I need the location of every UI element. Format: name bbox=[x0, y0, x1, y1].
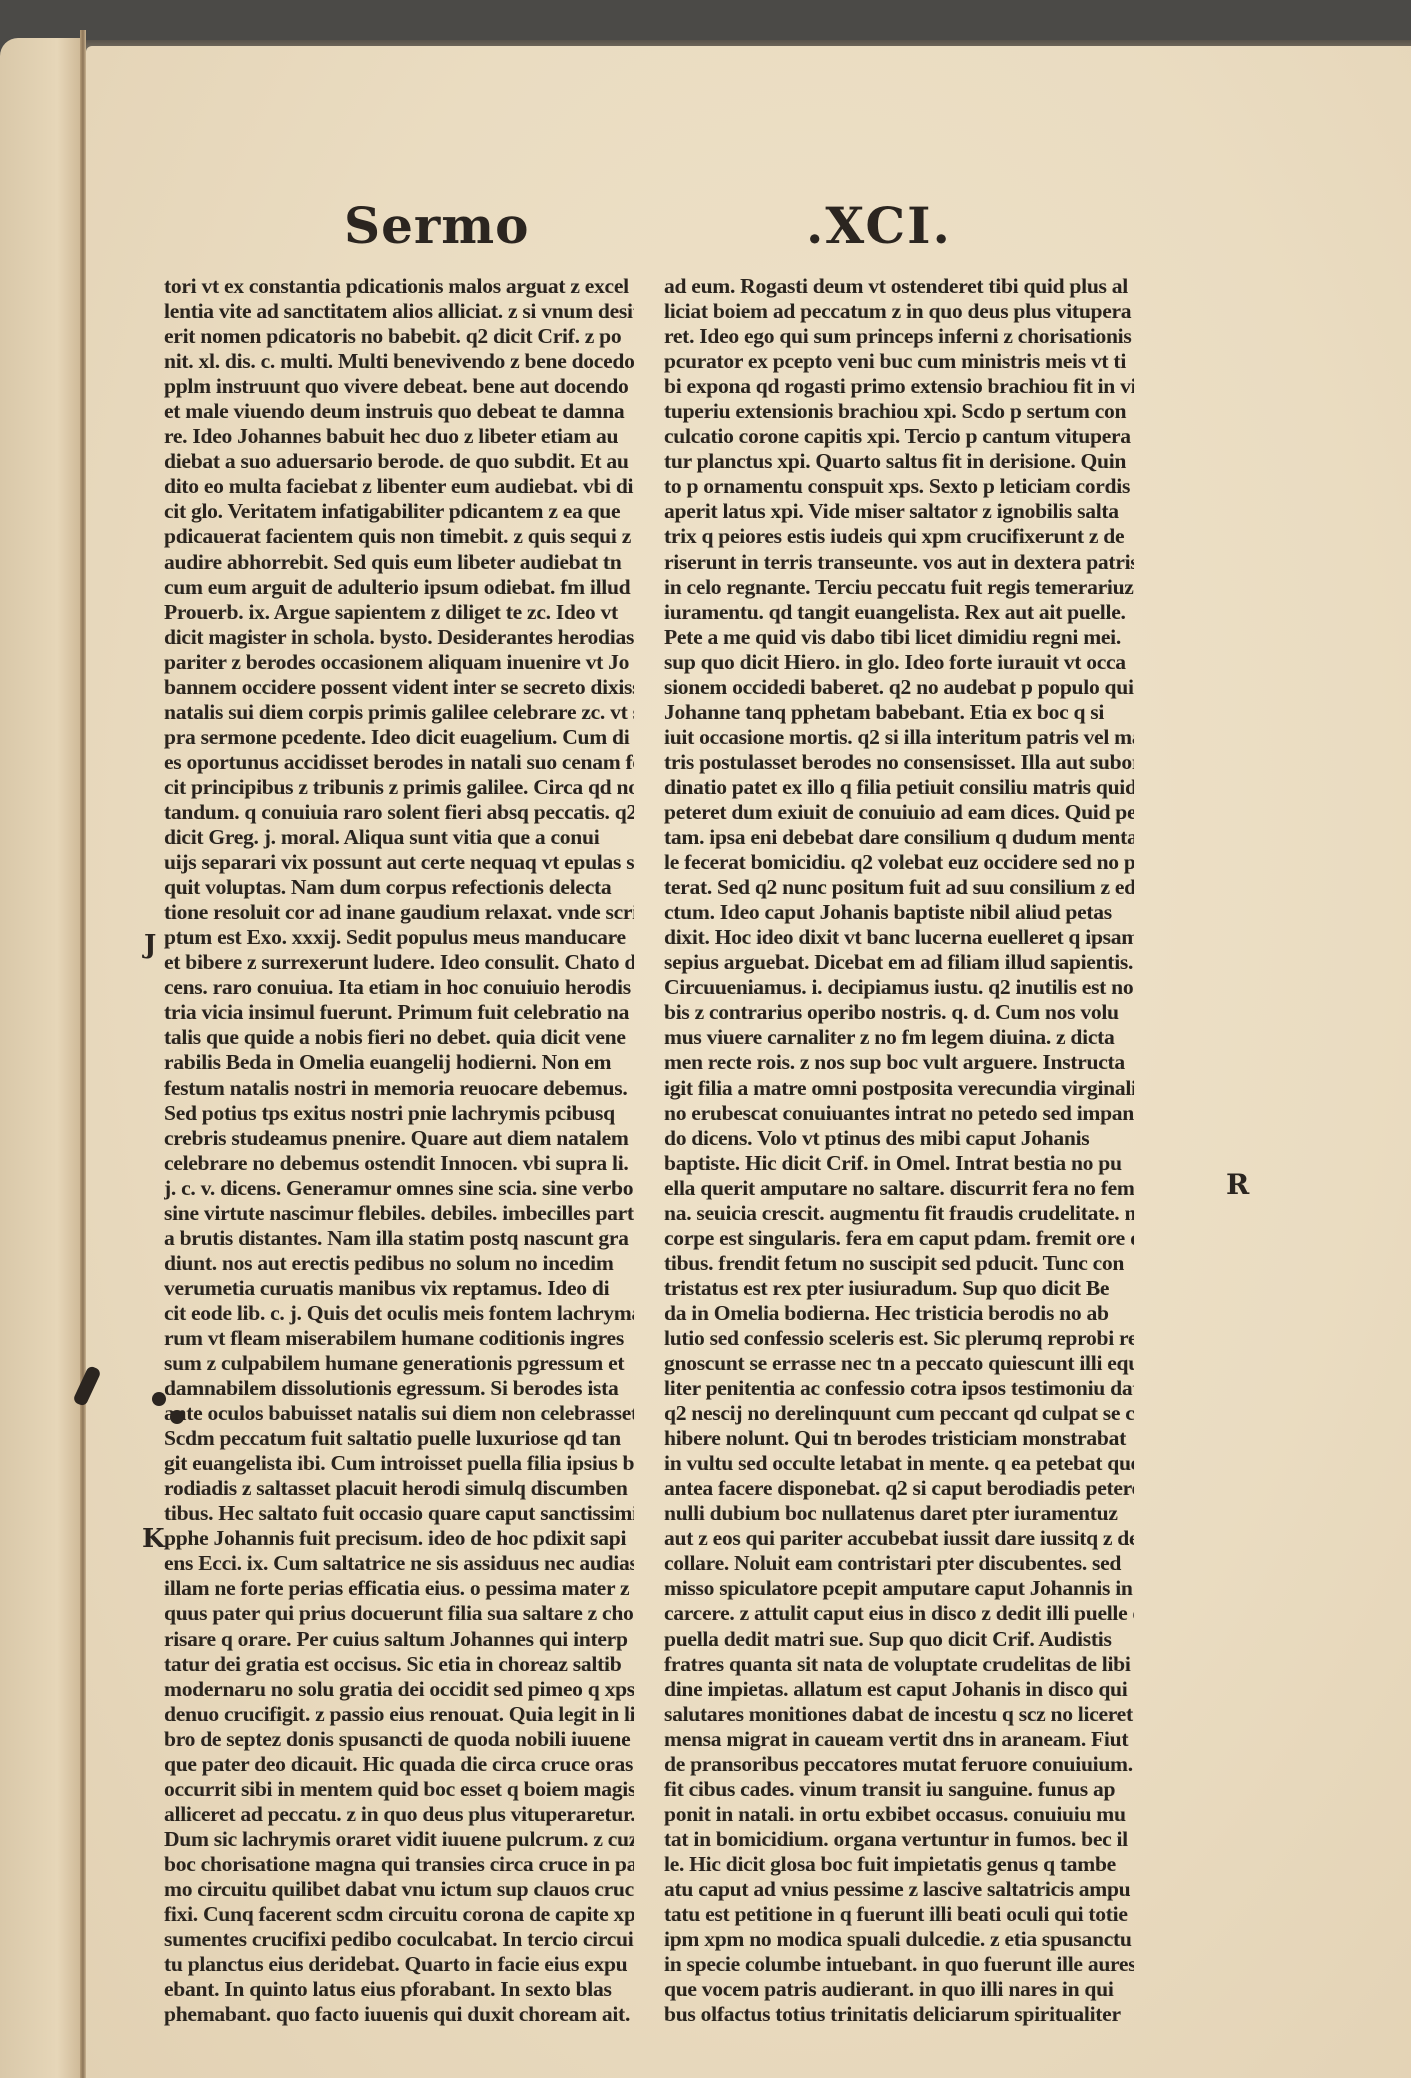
text-line: liciat boiem ad peccatum z in quo deus p… bbox=[664, 299, 1134, 324]
text-line: pphe Johannis fuit precisum. ideo de hoc… bbox=[164, 1526, 634, 1551]
text-line: erit nomen pdicatoris no babebit. q2 dic… bbox=[164, 324, 634, 349]
text-line: ad eum. Rogasti deum vt ostenderet tibi … bbox=[664, 274, 1134, 299]
text-line: terat. Sed q2 nunc positum fuit ad suu c… bbox=[664, 875, 1134, 900]
text-line: dixit. Hoc ideo dixit vt banc lucerna eu… bbox=[664, 925, 1134, 950]
text-line: bi expona qd rogasti primo extensio brac… bbox=[664, 374, 1134, 399]
book-page: Sermo .XCI. tori vt ex constantia pdicat… bbox=[86, 46, 1411, 2078]
text-line: Dum sic lachrymis oraret vidit iuuene pu… bbox=[164, 1827, 634, 1852]
text-line: ens Ecci. ix. Cum saltatrice ne sis assi… bbox=[164, 1551, 634, 1576]
text-line: ebant. In quinto latus eius pforabant. I… bbox=[164, 1977, 634, 2002]
text-line: le. Hic dicit glosa boc fuit impietatis … bbox=[664, 1852, 1134, 1877]
text-line: tam. ipsa eni debebat dare consilium q d… bbox=[664, 825, 1134, 850]
ink-dot bbox=[152, 1392, 166, 1406]
text-line: da in Omelia bodierna. Hec tristicia ber… bbox=[664, 1301, 1134, 1326]
text-line: re. Ideo Johannes babuit hec duo z libet… bbox=[164, 424, 634, 449]
text-line: fratres quanta sit nata de voluptate cru… bbox=[664, 1652, 1134, 1677]
text-line: carcere. z attulit caput eius in disco z… bbox=[664, 1601, 1134, 1626]
text-line: bannem occidere possent vident inter se … bbox=[164, 675, 634, 700]
text-line: tria vicia insimul fuerunt. Primum fuit … bbox=[164, 1000, 634, 1025]
text-line: tori vt ex constantia pdicationis malos … bbox=[164, 274, 634, 299]
text-line: cit glo. Veritatem infatigabiliter pdica… bbox=[164, 499, 634, 524]
text-line: pra sermone pcedente. Ideo dicit euageli… bbox=[164, 725, 634, 750]
margin-letter-r: R bbox=[1226, 1168, 1249, 1201]
text-line: occurrit sibi in mentem quid boc esset q… bbox=[164, 1777, 634, 1802]
folio-number: .XCI. bbox=[806, 196, 952, 255]
text-line: cens. raro conuiua. Ita etiam in hoc con… bbox=[164, 975, 634, 1000]
text-line: iuramentu. qd tangit euangelista. Rex au… bbox=[664, 600, 1134, 625]
text-line: cum eum arguit de adulterio ipsum odieba… bbox=[164, 575, 634, 600]
running-header: Sermo .XCI. bbox=[86, 196, 1411, 266]
text-line: in vultu sed occulte letabat in mente. q… bbox=[664, 1451, 1134, 1476]
text-line: tur planctus xpi. Quarto saltus fit in d… bbox=[664, 449, 1134, 474]
text-line: j. c. v. dicens. Generamur omnes sine sc… bbox=[164, 1176, 634, 1201]
text-line: antea facere disponebat. q2 si caput ber… bbox=[664, 1476, 1134, 1501]
text-line: na. seuicia crescit. augmentu fit fraudi… bbox=[664, 1201, 1134, 1226]
header-title: Sermo bbox=[344, 196, 530, 255]
text-line: celebrare no debemus ostendit Innocen. v… bbox=[164, 1151, 634, 1176]
text-line: ipm xpm no modica spuali dulcedie. z eti… bbox=[664, 1927, 1134, 1952]
text-line: q2 nescij no derelinquunt cum peccant qd… bbox=[664, 1401, 1134, 1426]
text-line: puella dedit matri sue. Sup quo dicit Cr… bbox=[664, 1627, 1134, 1652]
text-line: do dicens. Volo vt ptinus des mibi caput… bbox=[664, 1126, 1134, 1151]
text-line: lutio sed confessio sceleris est. Sic pl… bbox=[664, 1326, 1134, 1351]
text-line: pplm instruunt quo vivere debeat. bene a… bbox=[164, 374, 634, 399]
text-line: rabilis Beda in Omelia euangelij hodiern… bbox=[164, 1050, 634, 1075]
text-line: rum vt fleam miserabilem humane codition… bbox=[164, 1326, 634, 1351]
text-line: Circuueniamus. i. decipiamus iustu. q2 i… bbox=[664, 975, 1134, 1000]
text-line: talis que quide a nobis fieri no debet. … bbox=[164, 1025, 634, 1050]
text-line: denuo crucifigit. z passio eius renouat.… bbox=[164, 1702, 634, 1727]
text-line: risare q orare. Per cuius saltum Johanne… bbox=[164, 1627, 634, 1652]
text-line: damnabilem dissolutionis egressum. Si be… bbox=[164, 1376, 634, 1401]
text-line: men recte rois. z nos sup boc vult argue… bbox=[664, 1050, 1134, 1075]
text-line: Pete a me quid vis dabo tibi licet dimid… bbox=[664, 625, 1134, 650]
text-line: phemabant. quo facto iuuenis qui duxit c… bbox=[164, 2002, 634, 2027]
text-line: ptum est Exo. xxxij. Sedit populus meus … bbox=[164, 925, 634, 950]
text-line: verumetia curuatis manibus vix reptamus.… bbox=[164, 1276, 634, 1301]
text-line: in celo regnante. Terciu peccatu fuit re… bbox=[664, 575, 1134, 600]
text-line: dicit magister in schola. bysto. Desider… bbox=[164, 625, 634, 650]
text-line: baptiste. Hic dicit Crif. in Omel. Intra… bbox=[664, 1151, 1134, 1176]
text-line: boc chorisatione magna qui transies circ… bbox=[164, 1852, 634, 1877]
text-line: Scdm peccatum fuit saltatio puelle luxur… bbox=[164, 1426, 634, 1451]
text-line: tuperiu extensionis brachiou xpi. Scdo p… bbox=[664, 399, 1134, 424]
text-line: ella querit amputare no saltare. discurr… bbox=[664, 1176, 1134, 1201]
text-line: mensa migrat in caueam vertit dns in ara… bbox=[664, 1727, 1134, 1752]
text-line: diunt. nos aut erectis pedibus no solum … bbox=[164, 1251, 634, 1276]
text-line: atu caput ad vnius pessime z lascive sal… bbox=[664, 1877, 1134, 1902]
text-line: Sed potius tps exitus nostri pnie lachry… bbox=[164, 1101, 634, 1126]
margin-letter-j: J bbox=[144, 930, 156, 960]
text-line: tibus. Hec saltato fuit occasio quare ca… bbox=[164, 1501, 634, 1526]
text-line: corpe est singularis. fera em caput pdam… bbox=[664, 1226, 1134, 1251]
text-line: in specie columbe intuebant. in quo fuer… bbox=[664, 1952, 1134, 1977]
text-line: rodiadis z saltasset placuit herodi simu… bbox=[164, 1476, 634, 1501]
text-line: que vocem patris audierant. in quo illi … bbox=[664, 1977, 1134, 2002]
text-line: tris postulasset berodes no consensisset… bbox=[664, 750, 1134, 775]
text-line: Johanne tanq pphetam babebant. Etia ex b… bbox=[664, 700, 1134, 725]
text-line: ante oculos babuisset natalis sui diem n… bbox=[164, 1401, 634, 1426]
text-line: sine virtute nascimur flebiles. debiles.… bbox=[164, 1201, 634, 1226]
text-line: ret. Ideo ego qui sum princeps inferni z… bbox=[664, 324, 1134, 349]
text-line: to p ornamentu conspuit xps. Sexto p let… bbox=[664, 474, 1134, 499]
text-line: pdicauerat facientem quis non timebit. z… bbox=[164, 524, 634, 549]
text-line: natalis sui diem corpis primis galilee c… bbox=[164, 700, 634, 725]
ink-dot bbox=[170, 1410, 184, 1424]
text-line: culcatio corone capitis xpi. Tercio p ca… bbox=[664, 424, 1134, 449]
text-line: nit. xl. dis. c. multi. Multi benevivend… bbox=[164, 349, 634, 374]
text-line: diebat a suo aduersario berode. de quo s… bbox=[164, 449, 634, 474]
text-line: crebris studeamus pnenire. Quare aut die… bbox=[164, 1126, 634, 1151]
text-line: lentia vite ad sanctitatem alios allicia… bbox=[164, 299, 634, 324]
text-line: salutares monitiones dabat de incestu q … bbox=[664, 1702, 1134, 1727]
text-line: quus pater qui prius docuerunt filia sua… bbox=[164, 1601, 634, 1626]
text-line: de pransoribus peccatores mutat feruore … bbox=[664, 1752, 1134, 1777]
text-line: no erubescat conuiuantes intrat no peted… bbox=[664, 1101, 1134, 1126]
text-line: bus olfactus totius trinitatis deliciaru… bbox=[664, 2002, 1134, 2027]
text-line: trix q peiores estis iudeis qui xpm cruc… bbox=[664, 524, 1134, 549]
text-line: misso spiculatore pcepit amputare caput … bbox=[664, 1576, 1134, 1601]
text-line: hibere nolunt. Qui tn berodes tristiciam… bbox=[664, 1426, 1134, 1451]
text-line: nulli dubium boc nullatenus daret pter i… bbox=[664, 1501, 1134, 1526]
text-line: sup quo dicit Hiero. in glo. Ideo forte … bbox=[664, 650, 1134, 675]
text-line: festum natalis nostri in memoria reuocar… bbox=[164, 1076, 634, 1101]
text-line: collare. Noluit eam contristari pter dis… bbox=[664, 1551, 1134, 1576]
text-line: a brutis distantes. Nam illa statim post… bbox=[164, 1226, 634, 1251]
text-line: tat in bomicidium. organa vertuntur in f… bbox=[664, 1827, 1134, 1852]
text-line: le fecerat bomicidiu. q2 volebat euz occ… bbox=[664, 850, 1134, 875]
text-line: dito eo multa faciebat z libenter eum au… bbox=[164, 474, 634, 499]
text-line: sumentes crucifixi pedibo coculcabat. In… bbox=[164, 1927, 634, 1952]
text-line: tu planctus eius deridebat. Quarto in fa… bbox=[164, 1952, 634, 1977]
text-line: bis z contrarius operibo nostris. q. d. … bbox=[664, 1000, 1134, 1025]
text-line: Prouerb. ix. Argue sapientem z diliget t… bbox=[164, 600, 634, 625]
text-line: audire abhorrebit. Sed quis eum libeter … bbox=[164, 550, 634, 575]
text-line: illam ne forte perias efficatia eius. o … bbox=[164, 1576, 634, 1601]
text-line: et male viuendo deum instruis quo debeat… bbox=[164, 399, 634, 424]
text-line: iuit occasione mortis. q2 si illa interi… bbox=[664, 725, 1134, 750]
text-line: quit voluptas. Nam dum corpus refectioni… bbox=[164, 875, 634, 900]
text-line: peteret dum exiuit de conuiuio ad eam di… bbox=[664, 800, 1134, 825]
text-line: tione resoluit cor ad inane gaudium rela… bbox=[164, 900, 634, 925]
text-line: pcurator ex pcepto veni buc cum ministri… bbox=[664, 349, 1134, 374]
text-line: sepius arguebat. Dicebat em ad filiam il… bbox=[664, 950, 1134, 975]
text-line: alliceret ad peccatu. z in quo deus plus… bbox=[164, 1802, 634, 1827]
text-line: dicit Greg. j. moral. Aliqua sunt vitia … bbox=[164, 825, 634, 850]
text-line: igit filia a matre omni postposita verec… bbox=[664, 1076, 1134, 1101]
right-text-column: ad eum. Rogasti deum vt ostenderet tibi … bbox=[664, 274, 1134, 2027]
text-line: aperit latus xpi. Vide miser saltator z … bbox=[664, 499, 1134, 524]
text-line: sum z culpabilem humane generationis pgr… bbox=[164, 1351, 634, 1376]
facing-page-edge bbox=[0, 38, 82, 2078]
text-line: tatur dei gratia est occisus. Sic etia i… bbox=[164, 1652, 634, 1677]
text-line: ponit in natali. in ortu exbibet occasus… bbox=[664, 1802, 1134, 1827]
text-line: git euangelista ibi. Cum introisset puel… bbox=[164, 1451, 634, 1476]
text-line: bro de septez donis spusancti de quoda n… bbox=[164, 1727, 634, 1752]
text-line: fit cibus cades. vinum transit iu sangui… bbox=[664, 1777, 1134, 1802]
text-line: aut z eos qui pariter accubebat iussit d… bbox=[664, 1526, 1134, 1551]
text-line: uijs separari vix possunt aut certe nequ… bbox=[164, 850, 634, 875]
text-line: modernaru no solu gratia dei occidit sed… bbox=[164, 1677, 634, 1702]
text-line: tibus. frendit fetum no suscipit sed pdu… bbox=[664, 1251, 1134, 1276]
text-line: tandum. q conuiuia raro solent fieri abs… bbox=[164, 800, 634, 825]
text-line: fixi. Cunq facerent scdm circuitu corona… bbox=[164, 1902, 634, 1927]
text-line: liter penitentia ac confessio cotra ipso… bbox=[664, 1376, 1134, 1401]
text-line: es oportunus accidisset berodes in natal… bbox=[164, 750, 634, 775]
text-line: gnoscunt se errasse nec tn a peccato qui… bbox=[664, 1351, 1134, 1376]
text-line: que pater deo dicauit. Hic quada die cir… bbox=[164, 1752, 634, 1777]
text-line: cit principibus z tribunis z primis gali… bbox=[164, 775, 634, 800]
text-line: riserunt in terris transeunte. vos aut i… bbox=[664, 550, 1134, 575]
text-line: tatu est petitione in q fuerunt illi bea… bbox=[664, 1902, 1134, 1927]
text-line: dine impietas. allatum est caput Johanis… bbox=[664, 1677, 1134, 1702]
text-line: pariter z berodes occasionem aliquam inu… bbox=[164, 650, 634, 675]
margin-letter-k: K bbox=[142, 1524, 165, 1554]
text-line: tristatus est rex pter iusiuradum. Sup q… bbox=[664, 1276, 1134, 1301]
text-line: dinatio patet ex illo q filia petiuit co… bbox=[664, 775, 1134, 800]
text-line: ctum. Ideo caput Johanis baptiste nibil … bbox=[664, 900, 1134, 925]
text-line: et bibere z surrexerunt ludere. Ideo con… bbox=[164, 950, 634, 975]
left-text-column: tori vt ex constantia pdicationis malos … bbox=[164, 274, 634, 2027]
text-line: cit eode lib. c. j. Quis det oculis meis… bbox=[164, 1301, 634, 1326]
text-line: mus viuere carnaliter z no fm legem diui… bbox=[664, 1025, 1134, 1050]
text-line: mo circuitu quilibet dabat vnu ictum sup… bbox=[164, 1877, 634, 1902]
text-line: sionem occidedi baberet. q2 no audebat p… bbox=[664, 675, 1134, 700]
